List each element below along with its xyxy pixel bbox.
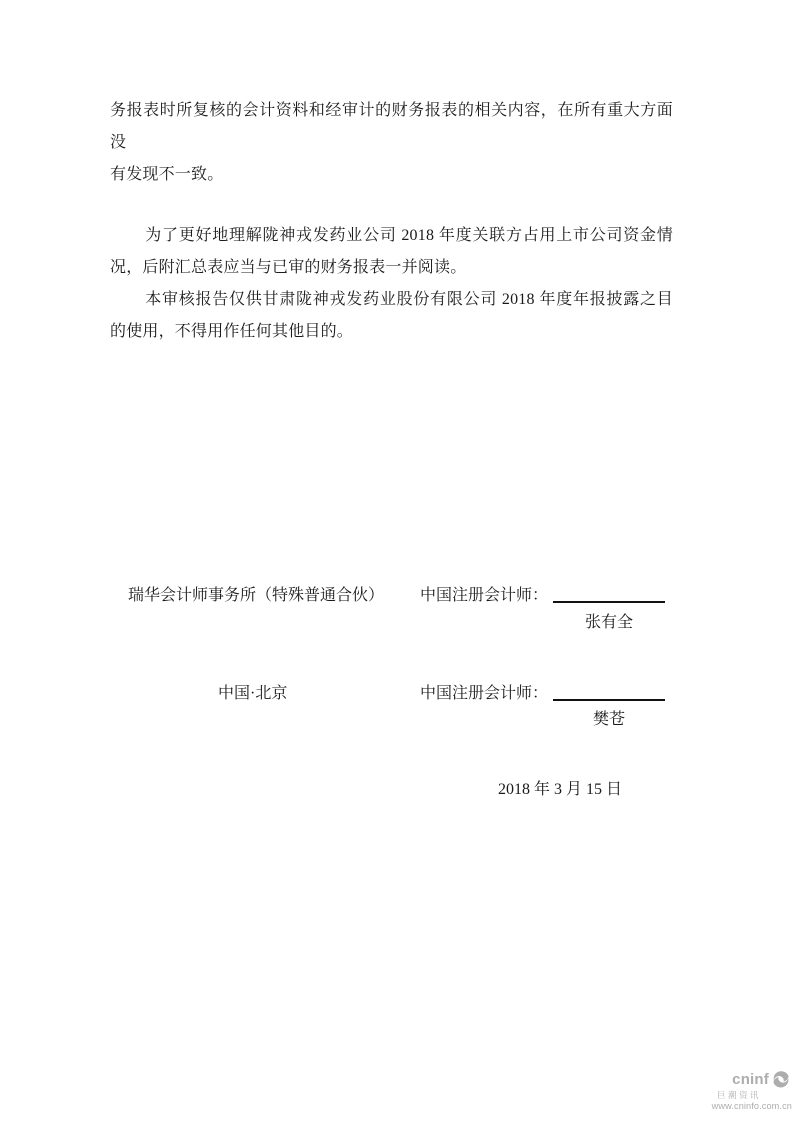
- document-page: 务报表时所复核的会计资料和经审计的财务报表的相关内容，在所有重大方面没 有发现不…: [0, 0, 793, 1122]
- cninfo-swirl-icon: [770, 1069, 791, 1090]
- cpa-name-2: 樊苍: [553, 706, 665, 729]
- cninfo-brand-chinese: 巨潮资讯: [708, 1091, 770, 1100]
- report-date: 2018 年 3 月 15 日: [420, 776, 700, 799]
- text-line: 有发现不一致。: [110, 159, 673, 191]
- text-line: 的使用，不得用作任何其他目的。: [110, 316, 673, 348]
- signature-line-2: [553, 699, 665, 701]
- text-line: 务报表时所复核的会计资料和经审计的财务报表的相关内容，在所有重大方面没: [110, 95, 673, 159]
- text-line: 本审核报告仅供甘肃陇神戎发药业股份有限公司 2018 年度年报披露之目: [110, 284, 673, 316]
- paragraph-consistency: 务报表时所复核的会计资料和经审计的财务报表的相关内容，在所有重大方面没 有发现不…: [110, 95, 673, 191]
- cpa-label-1: 中国注册会计师：: [420, 582, 548, 605]
- cninfo-url: www.cninfo.com.cn: [704, 1102, 792, 1111]
- audit-firm-name: 瑞华会计师事务所（特殊普通合伙）: [128, 582, 384, 605]
- cninfo-logo: cninf 巨潮资讯 www.cninfo.com.cn: [704, 1069, 792, 1111]
- text-line: 为了更好地理解陇神戎发药业公司 2018 年度关联方占用上市公司资金情: [110, 220, 673, 252]
- cninfo-logo-top: cninf: [704, 1069, 792, 1090]
- cpa-name-1: 张有全: [553, 609, 665, 632]
- signature-line-1: [553, 601, 665, 603]
- text-line: 况，后附汇总表应当与已审的财务报表一并阅读。: [110, 252, 673, 284]
- paragraph-restricted-use: 本审核报告仅供甘肃陇神戎发药业股份有限公司 2018 年度年报披露之目 的使用，…: [110, 284, 673, 348]
- cninfo-logo-text: cninf: [732, 1072, 769, 1087]
- firm-location: 中国·北京: [218, 680, 287, 703]
- cpa-label-2: 中国注册会计师：: [420, 680, 548, 703]
- paragraph-read-with-statements: 为了更好地理解陇神戎发药业公司 2018 年度关联方占用上市公司资金情 况，后附…: [110, 220, 673, 284]
